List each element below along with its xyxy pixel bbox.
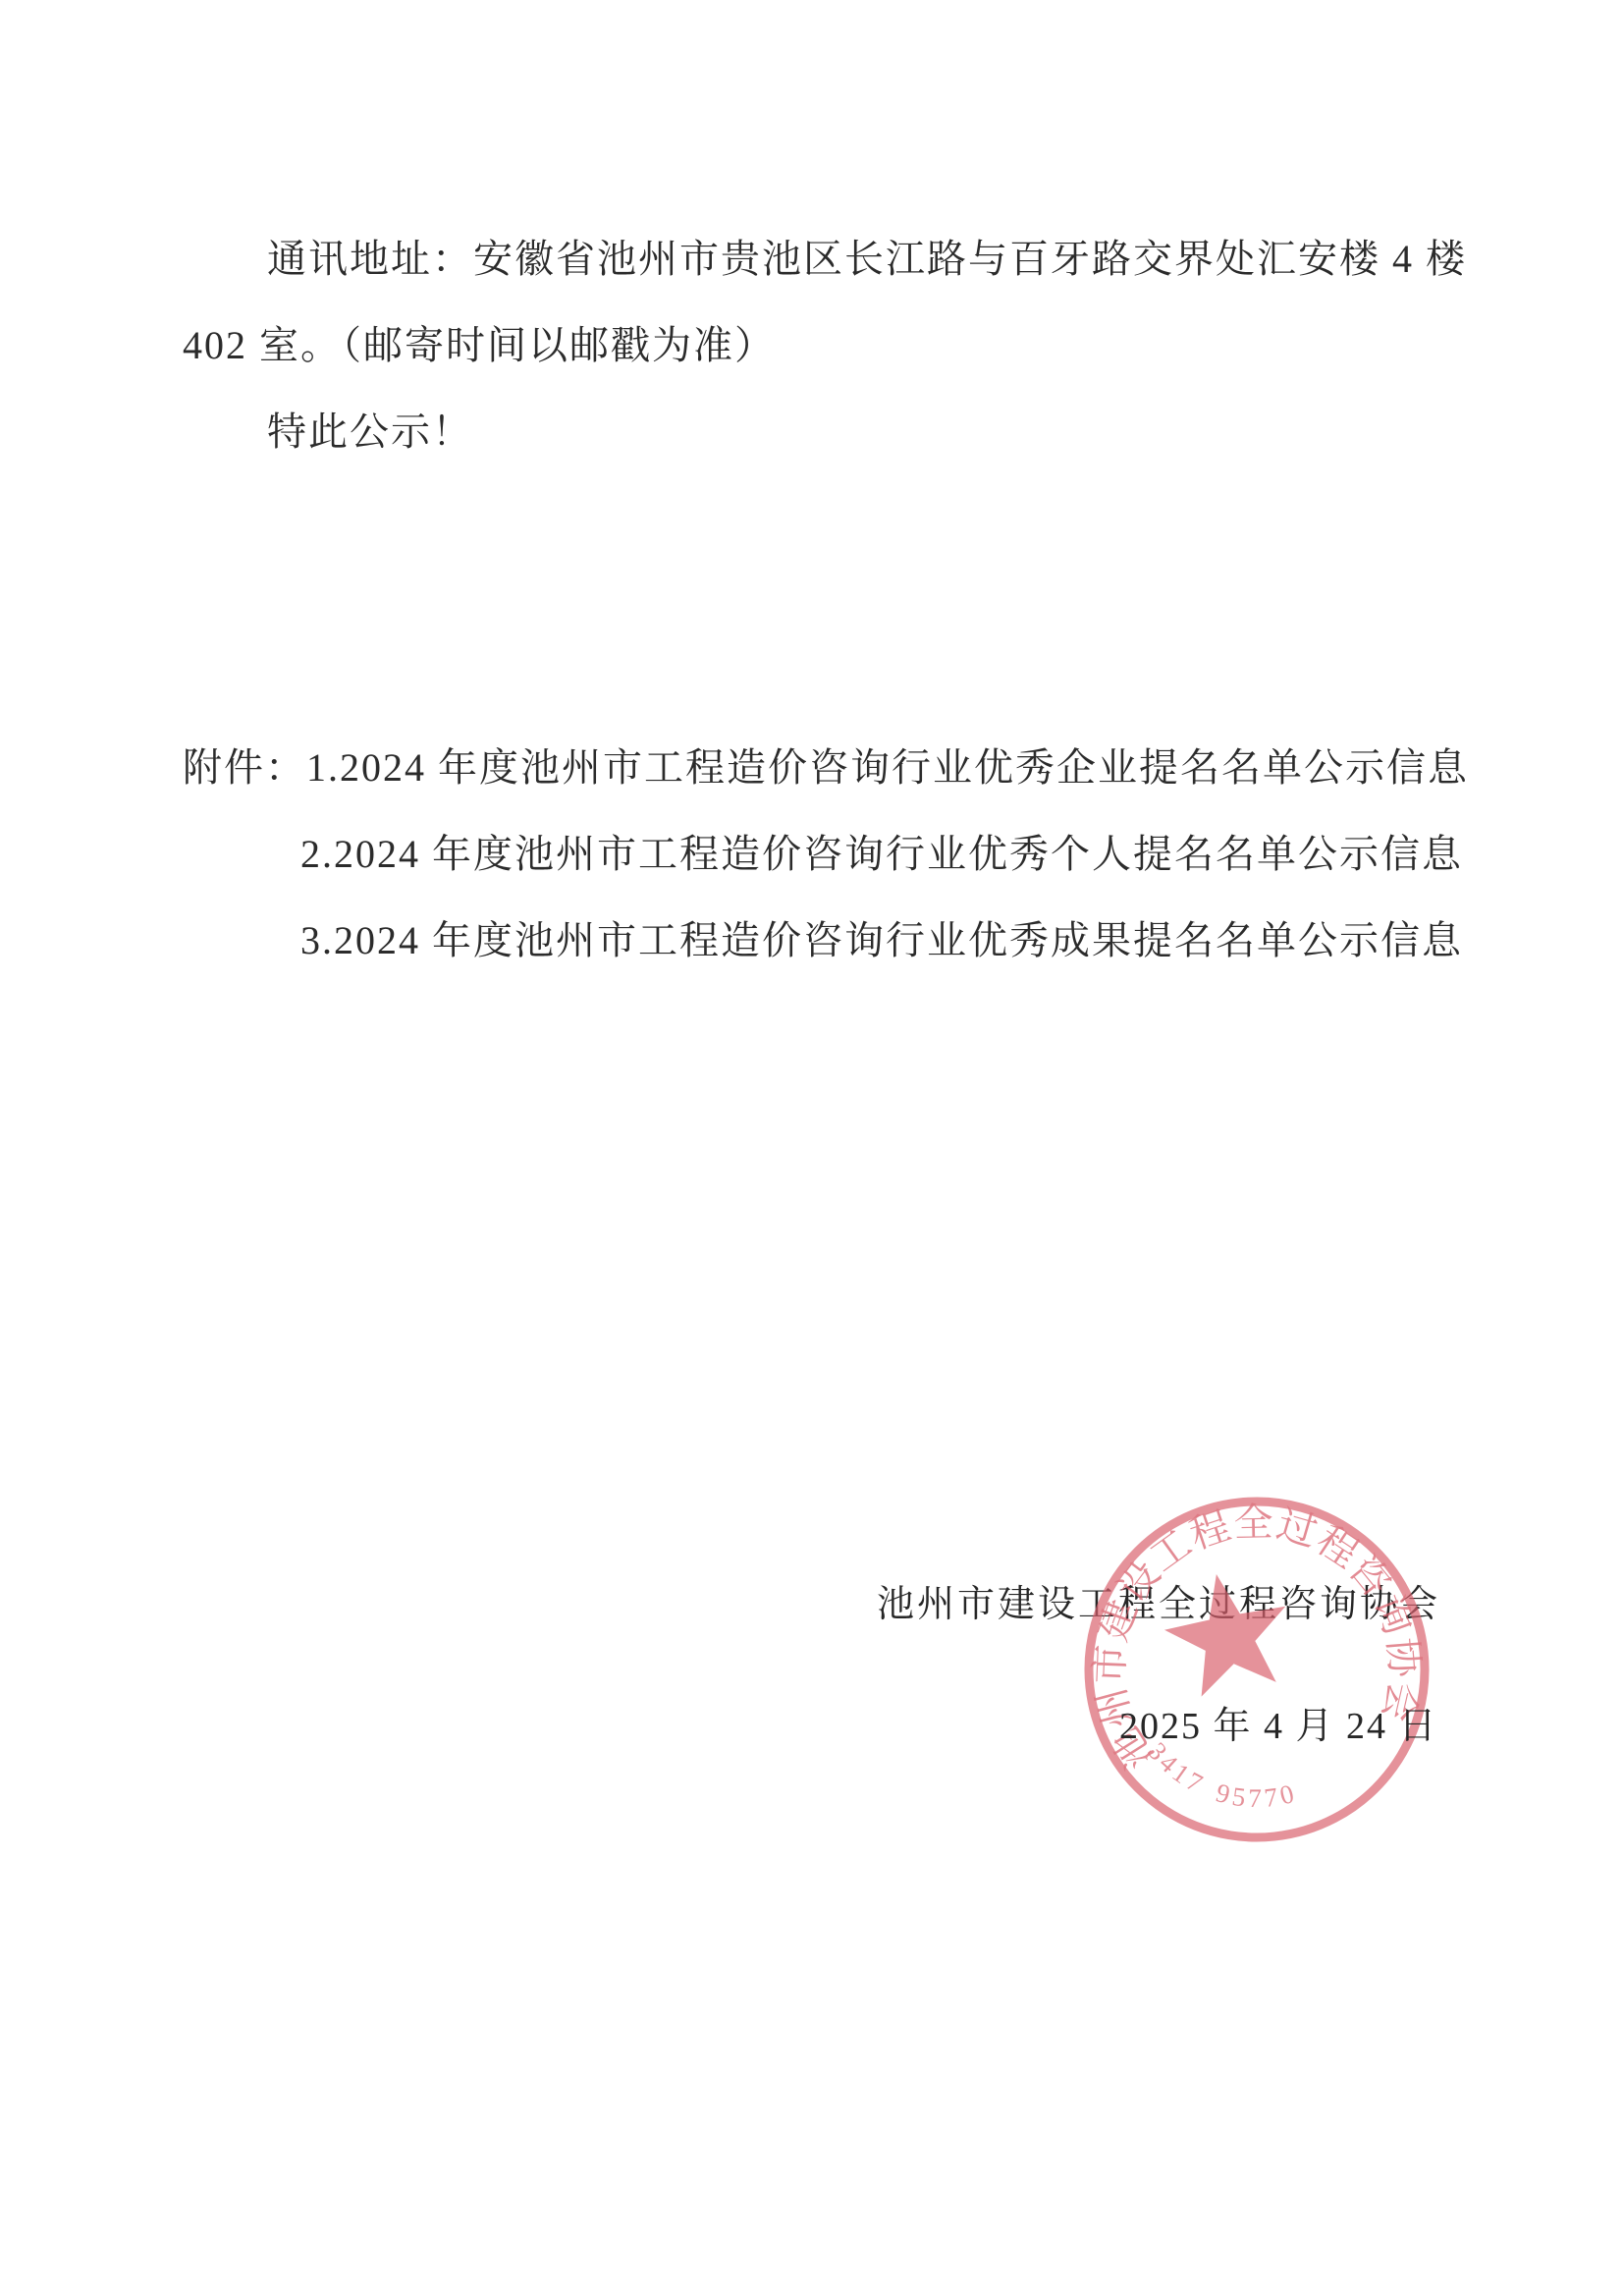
official-seal-stamp: 池州市建设工程全过程咨询协会 3417 957702 [1041, 1453, 1473, 1886]
seal-star-icon [1156, 1562, 1299, 1701]
document-page: 通讯地址：安徽省池州市贵池区长江路与百牙路交界处汇安楼 4 楼 402 室。（邮… [0, 0, 1623, 2296]
attachments-line-1: 附件：1.2024 年度池州市工程造价咨询行业优秀企业提名名单公示信息 [183, 744, 1469, 792]
attachment-item-1: 1.2024 年度池州市工程造价咨询行业优秀企业提名名单公示信息 [306, 745, 1469, 790]
address-line-2: 402 室。（邮寄时间以邮戳为准） [183, 322, 776, 369]
attachment-item-2: 2.2024 年度池州市工程造价咨询行业优秀个人提名名单公示信息 [300, 831, 1463, 878]
attachment-item-3: 3.2024 年度池州市工程造价咨询行业优秀成果提名名单公示信息 [300, 917, 1463, 964]
closing-statement: 特此公示！ [267, 409, 473, 456]
address-line-1: 通讯地址：安徽省池州市贵池区长江路与百牙路交界处汇安楼 4 楼 [267, 236, 1467, 283]
signature-date: 2025 年 4 月 24 日 [1119, 1695, 1438, 1749]
attachments-label: 附件： [183, 745, 306, 790]
